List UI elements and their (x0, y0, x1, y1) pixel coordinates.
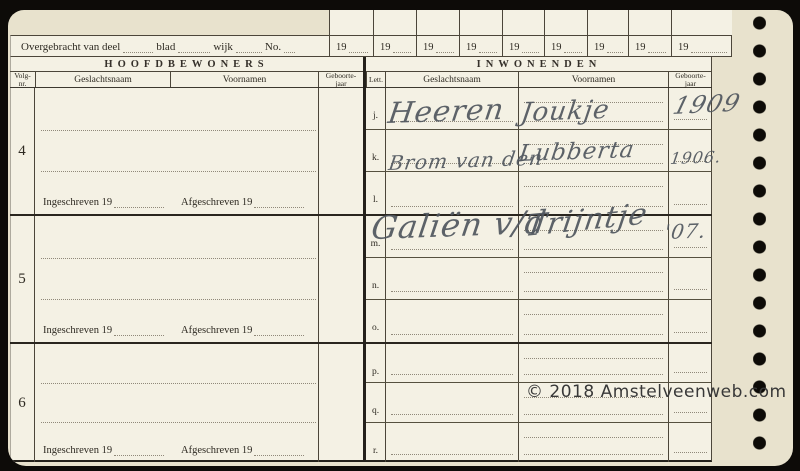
letter-cell: q. (366, 383, 385, 422)
dotted-line (178, 43, 210, 53)
letter-value: p. (372, 367, 379, 377)
voornamen-header-label: Voornamen (171, 75, 318, 85)
afgeschreven-text: Afgeschreven 19 (181, 325, 252, 336)
ingeschreven-label: Ingeschreven 19 (43, 445, 164, 456)
row-writing-area: Ingeschreven 19 Afgeschreven 19 (35, 344, 318, 462)
transfer-no-label: No. (265, 41, 281, 53)
geslachtsnaam-header-left: Geslachtsnaam (35, 72, 170, 87)
dotted-line (691, 43, 728, 53)
geboortejaar-cell (668, 172, 712, 214)
year-cell-label: 19 (509, 42, 520, 53)
afgeschreven-text: Afgeschreven 19 (181, 197, 252, 208)
year-cell-label: 19 (336, 42, 347, 53)
empty-cell (502, 10, 544, 35)
hoofdbewoners-row-6: 6 Ingeschreven 19 Afgeschreven 19 (10, 344, 363, 462)
empty-cell (628, 10, 671, 35)
afgeschreven-label: Afgeschreven 19 (181, 325, 304, 336)
afgeschreven-label: Afgeschreven 19 (181, 197, 304, 208)
year-cell-label: 19 (423, 42, 434, 53)
geslachtsnaam-cell (385, 300, 518, 342)
geboortejaar-header-right: Geboorte- jaar (668, 72, 712, 87)
geboortejaar-cell (318, 88, 363, 214)
year-cell-label: 19 (635, 42, 646, 53)
dotted-line (114, 199, 164, 208)
geslachtsnaam-cell (385, 258, 518, 299)
dotted-line (254, 199, 304, 208)
letter-value: o. (372, 323, 379, 333)
inwonenden-row-o: o. (366, 300, 712, 342)
volgnr-cell: 5 (10, 216, 35, 342)
volgnr-value: 5 (18, 271, 26, 288)
dotted-line (607, 43, 624, 53)
year-cell-label: 19 (594, 42, 605, 53)
year-cell-label: 19 (380, 42, 391, 53)
dotted-line (123, 43, 153, 53)
dotted-line (254, 447, 304, 456)
handwriting-year-k: 1906. (669, 147, 723, 168)
column-headers-row: Volg- nr. Geslachtsnaam Voornamen Geboor… (10, 71, 712, 88)
year-cell-label: 19 (678, 42, 689, 53)
voornamen-cell (518, 344, 668, 382)
letter-cell: j. (366, 88, 385, 129)
empty-cell (416, 10, 459, 35)
dotted-line (114, 327, 164, 336)
letter-cell: r. (366, 423, 385, 462)
row-writing-area: Ingeschreven 19 Afgeschreven 19 (35, 88, 318, 214)
volgnr-value: 4 (18, 143, 26, 160)
geslachtsnaam-header-label: Geslachtsnaam (36, 75, 170, 85)
voornamen-header-right: Voornamen (518, 72, 668, 87)
ingeschreven-text: Ingeschreven 19 (43, 197, 112, 208)
population-register-card: 19 19 19 19 19 19 19 19 19 Overgebracht … (8, 10, 793, 466)
row-separator-line (10, 342, 712, 344)
dotted-line (564, 43, 583, 53)
dotted-line (254, 327, 304, 336)
hoofdbewoners-title: HOOFDBEWONERS (10, 59, 363, 71)
letter-value: q. (372, 406, 379, 416)
dotted-line (349, 43, 369, 53)
dotted-line (393, 43, 412, 53)
inwonenden-row-r: r. (366, 423, 712, 462)
geboortejaar-cell (668, 258, 712, 299)
volgnr-header-line2: nr. (10, 80, 35, 88)
voornamen-cell (518, 258, 668, 299)
handwriting-year-m: '07. (663, 219, 708, 244)
top-empty-cells (329, 10, 732, 35)
letter-value: k. (372, 153, 379, 163)
ingeschreven-text: Ingeschreven 19 (43, 325, 112, 336)
empty-cell (329, 10, 373, 35)
volgnr-cell: 4 (10, 88, 35, 214)
empty-cell (459, 10, 502, 35)
letter-value: n. (372, 281, 379, 291)
empty-cell (587, 10, 628, 35)
letter-cell: l. (366, 172, 385, 214)
voornamen-cell (518, 423, 668, 462)
year-cell-label: 19 (466, 42, 477, 53)
letter-value: j. (373, 111, 378, 121)
geboortejaar-cell (318, 344, 363, 462)
hoofdbewoners-row-5: 5 Ingeschreven 19 Afgeschreven 19 (10, 216, 363, 342)
letter-cell: n. (366, 258, 385, 299)
voornamen-header-left: Voornamen (170, 72, 318, 87)
inwonenden-row-p: p. (366, 344, 712, 383)
year-cell: 19 (628, 35, 671, 57)
year-cell: 19 (502, 35, 544, 57)
transfer-blad-label: blad (156, 41, 175, 53)
handwriting-firstname-k: Lubberta (517, 137, 636, 167)
handwriting-firstname-j: Joukje (519, 95, 612, 128)
geboortejaar-header-line2: jaar (319, 80, 363, 88)
dotted-line (236, 43, 262, 53)
letter-cell: o. (366, 300, 385, 342)
letter-cell: k. (366, 130, 385, 171)
lett-header-label: Lett. (367, 76, 385, 84)
handwriting-year-j: 1909 (670, 89, 744, 120)
watermark-text: © 2018 Amstelveenweb.com (526, 382, 787, 402)
voornamen-header-label: Voornamen (519, 75, 668, 85)
transfer-wijk-label: wijk (213, 41, 233, 53)
lett-header: Lett. (366, 72, 385, 87)
transfer-deel-label: Overgebracht van deel (21, 41, 120, 53)
inwonenden-title: INWONENDEN (366, 59, 712, 71)
geslachtsnaam-cell (385, 383, 518, 422)
handwriting-surname-j: Heeren (386, 92, 507, 130)
letter-value: l. (373, 195, 378, 205)
dotted-line (648, 43, 667, 53)
ingeschreven-label: Ingeschreven 19 (43, 197, 164, 208)
year-cell: 19 (587, 35, 628, 57)
letter-cell: p. (366, 344, 385, 382)
voornamen-cell (518, 300, 668, 342)
dotted-line (479, 43, 498, 53)
row-writing-area: Ingeschreven 19 Afgeschreven 19 (35, 216, 318, 342)
year-cell: 19 (671, 35, 732, 57)
geboortejaar-header-line2: jaar (669, 80, 712, 88)
afgeschreven-label: Afgeschreven 19 (181, 445, 304, 456)
ingeschreven-text: Ingeschreven 19 (43, 445, 112, 456)
year-cells-row: 19 19 19 19 19 19 19 19 19 (329, 35, 732, 57)
volgnr-value: 6 (18, 395, 26, 412)
year-cell-label: 19 (551, 42, 562, 53)
transfer-row: Overgebracht van deel blad wijk No. (21, 35, 327, 57)
volgnr-header: Volg- nr. (10, 72, 35, 87)
geslachtsnaam-cell (385, 344, 518, 382)
geboortejaar-cell (318, 216, 363, 342)
dotted-line (284, 43, 295, 53)
year-cell: 19 (329, 35, 373, 57)
empty-cell (373, 10, 416, 35)
geboortejaar-cell (668, 423, 712, 462)
afgeschreven-text: Afgeschreven 19 (181, 445, 252, 456)
geslachtsnaam-header-right: Geslachtsnaam (385, 72, 518, 87)
inwonenden-row-n: n. (366, 258, 712, 300)
ingeschreven-label: Ingeschreven 19 (43, 325, 164, 336)
dotted-line (436, 43, 455, 53)
year-cell: 19 (373, 35, 416, 57)
geboortejaar-header-left: Geboorte- jaar (318, 72, 363, 87)
empty-cell (671, 10, 732, 35)
dotted-line (522, 43, 540, 53)
geslachtsnaam-cell (385, 423, 518, 462)
letter-value: r. (373, 446, 378, 456)
dotted-line (114, 447, 164, 456)
geboortejaar-cell (668, 344, 712, 382)
volgnr-cell: 6 (10, 344, 35, 462)
hoofdbewoners-row-4: 4 Ingeschreven 19 Afgeschreven 19 (10, 88, 363, 214)
geslachtsnaam-header-label: Geslachtsnaam (386, 75, 518, 85)
year-cell: 19 (459, 35, 502, 57)
empty-cell (544, 10, 587, 35)
year-cell: 19 (416, 35, 459, 57)
year-cell: 19 (544, 35, 587, 57)
scan-background: 19 19 19 19 19 19 19 19 19 Overgebracht … (0, 0, 800, 471)
geboortejaar-cell (668, 300, 712, 342)
section-divider-line (363, 57, 366, 462)
